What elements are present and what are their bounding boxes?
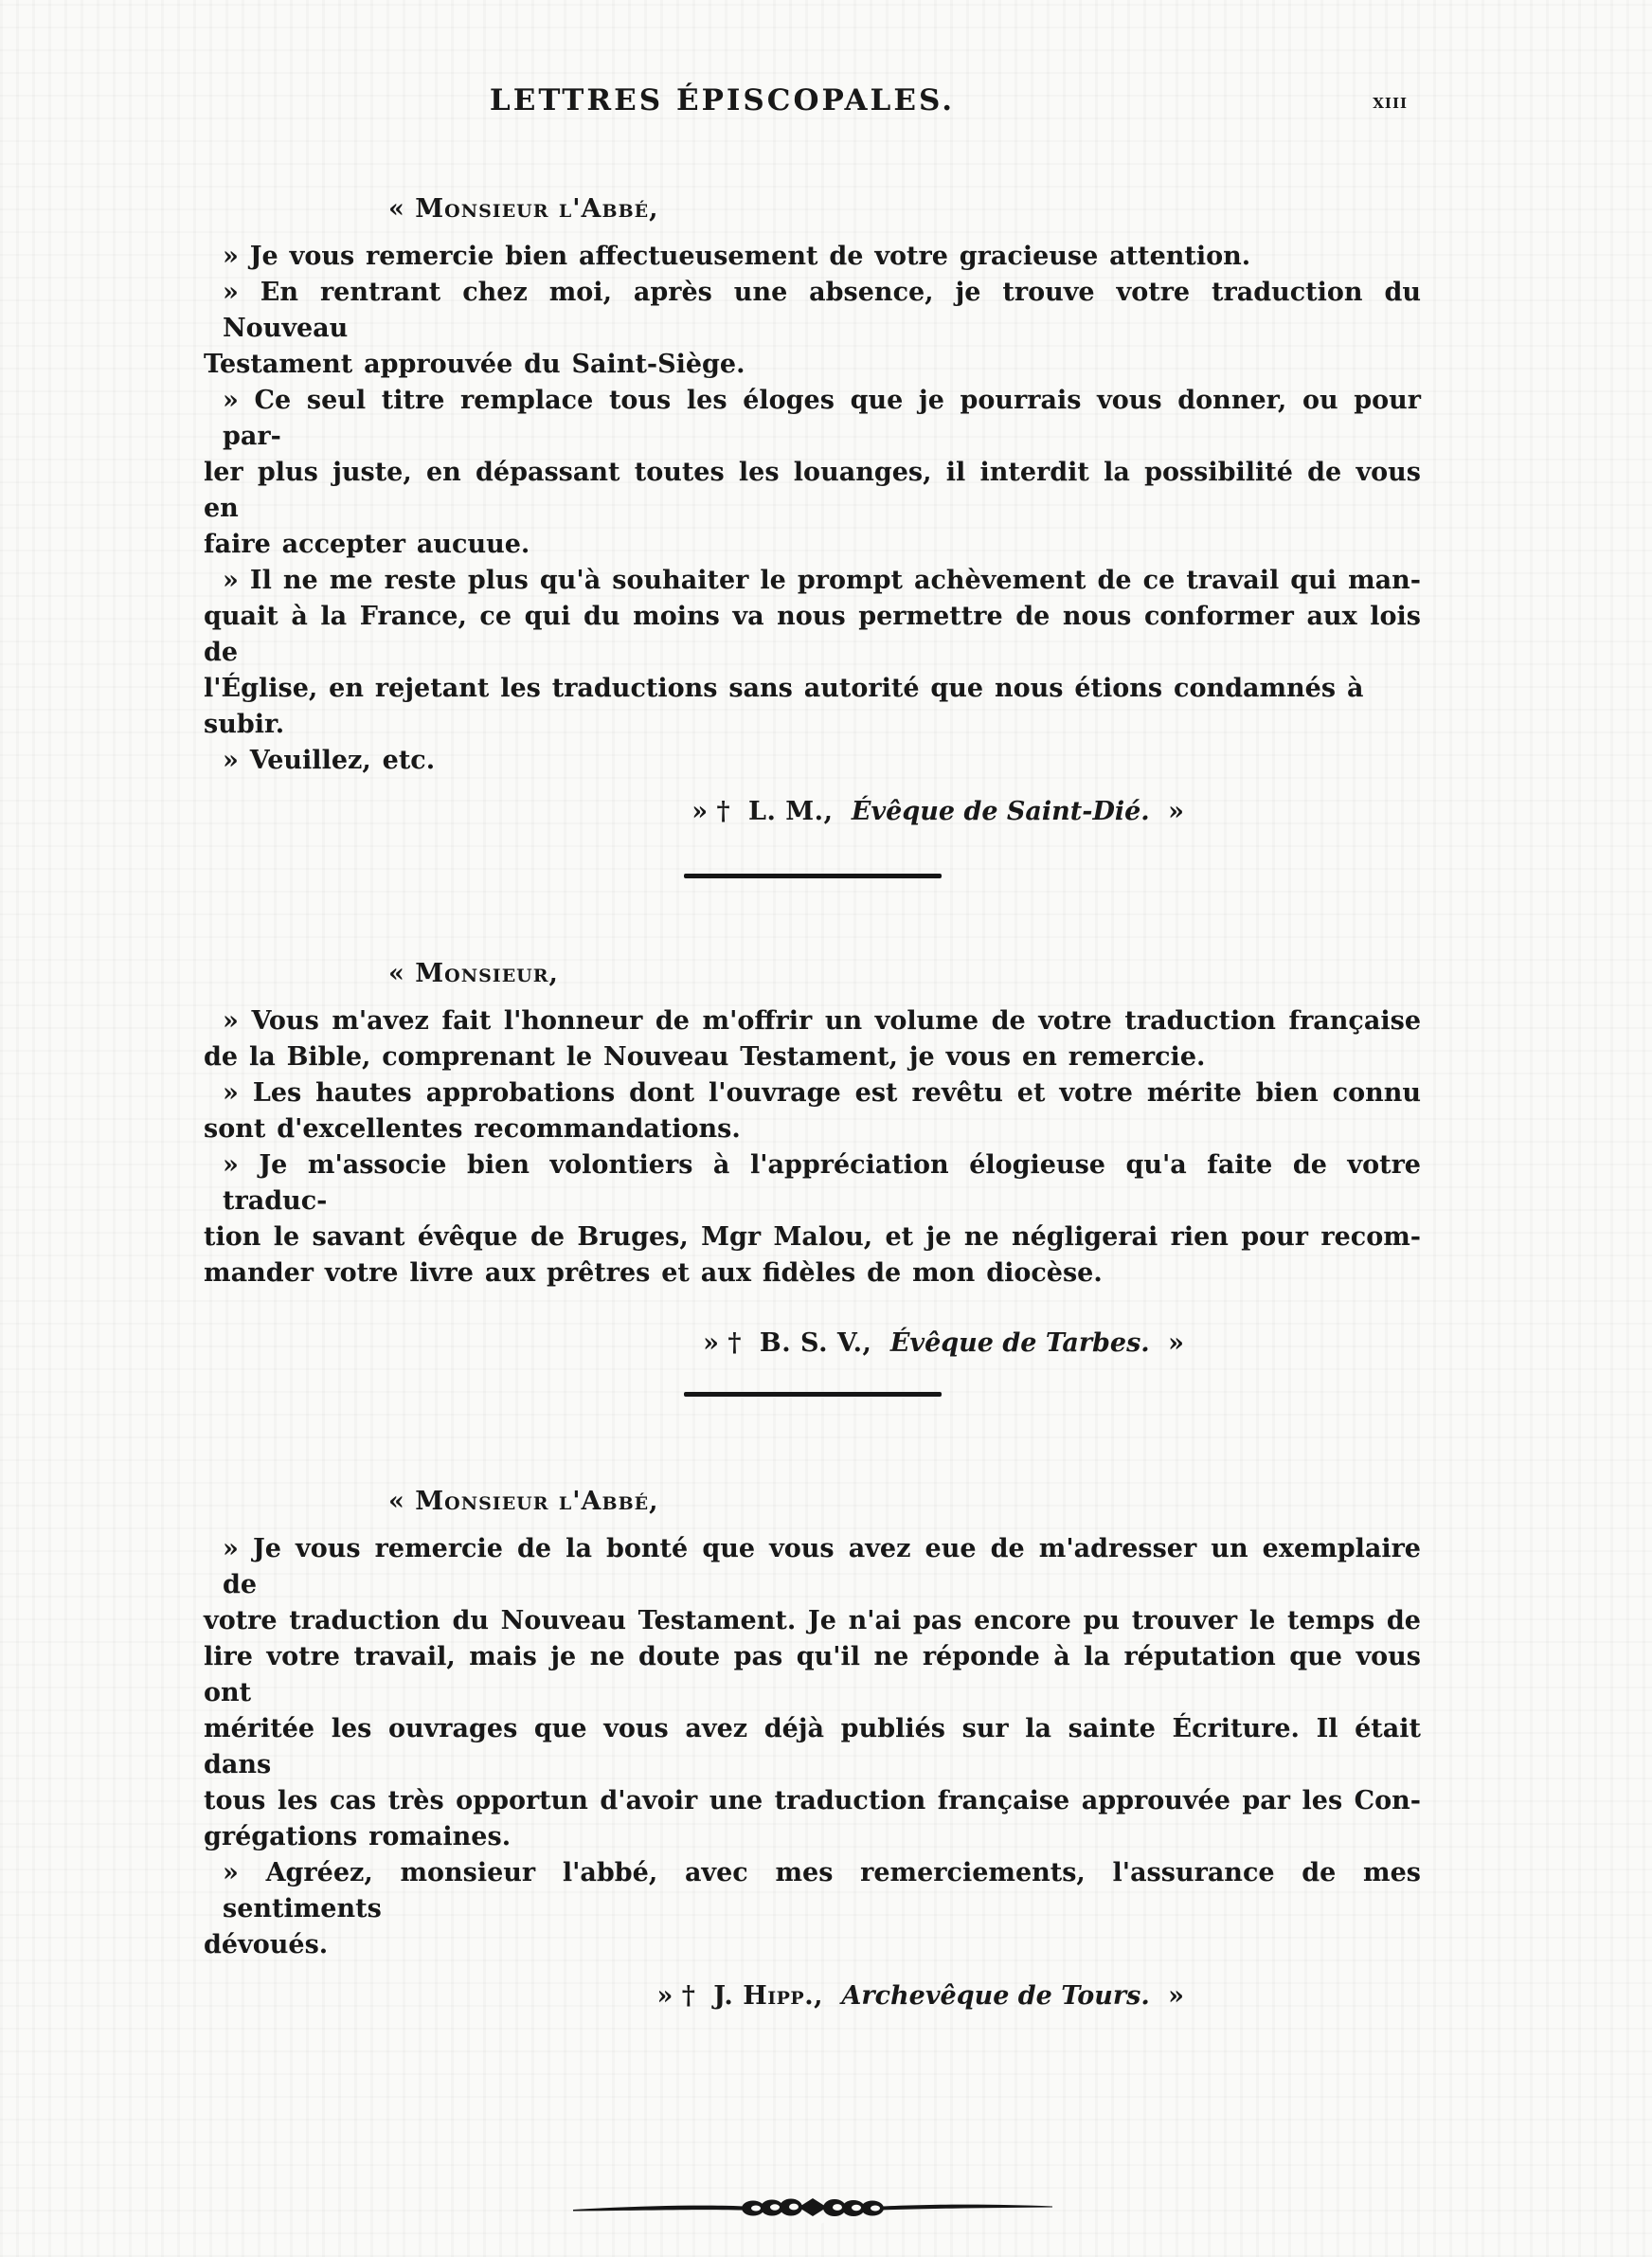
text-line: Testament approuvée du Saint-Siège. (204, 347, 1421, 383)
letter-3-body: » Je vous remercie de la bonté que vous … (204, 1531, 1421, 1963)
section-divider (684, 1392, 942, 1397)
letter-3-signature: » † J. Hipp., Archevêque de Tours. » (204, 1978, 1421, 2014)
signature-role: Archevêque de Tours. (841, 1981, 1149, 2011)
text-line: » Les hautes approbations dont l'ouvrage… (204, 1075, 1421, 1111)
paragraph: » En rentrant chez moi, après une absenc… (204, 275, 1421, 383)
text-line: » Vous m'avez fait l'honneur de m'offrir… (204, 1003, 1421, 1039)
paragraph: » Il ne me reste plus qu'à souhaiter le … (204, 563, 1421, 743)
letter-3-salutation: « Monsieur l'Abbé, (204, 1484, 1421, 1520)
paragraph: » Ce seul titre remplace tous les éloges… (204, 383, 1421, 563)
paragraph: » Je vous remercie bien affectueusement … (204, 239, 1421, 275)
text-line: » Agréez, monsieur l'abbé, avec mes reme… (204, 1855, 1421, 1927)
signature-close-quote: » (1168, 1328, 1184, 1358)
text-line: tion le savant évêque de Bruges, Mgr Mal… (204, 1219, 1421, 1255)
signature-close-quote: » (1168, 797, 1184, 826)
letter-2: « Monsieur, » Vous m'avez fait l'honneur… (204, 956, 1421, 1362)
text-line: » Ce seul titre remplace tous les éloges… (204, 383, 1421, 455)
text-line: grégations romaines. (204, 1819, 1421, 1855)
text-line: faire accepter aucuue. (204, 527, 1421, 563)
letter-2-signature: » † B. S. V., Évêque de Tarbes. » (204, 1326, 1421, 1362)
paragraph: » Je vous remercie de la bonté que vous … (204, 1531, 1421, 1855)
rope-flourish-icon (571, 2190, 1054, 2228)
paragraph: » Veuillez, etc. (204, 743, 1421, 779)
letter-1-salutation: « Monsieur l'Abbé, (204, 191, 1421, 227)
letter-2-body: » Vous m'avez fait l'honneur de m'offrir… (204, 1003, 1421, 1291)
text-line: de la Bible, comprenant le Nouveau Testa… (204, 1039, 1421, 1075)
signature-role: Évêque de Saint-Dié. (852, 797, 1150, 826)
signature-quote-cross: » † (691, 797, 729, 826)
text-line: l'Église, en rejetant les traductions sa… (204, 671, 1421, 743)
paragraph: » Vous m'avez fait l'honneur de m'offrir… (204, 1003, 1421, 1075)
signature-name: B. S. V., (760, 1328, 872, 1358)
paragraph: » Les hautes approbations dont l'ouvrage… (204, 1075, 1421, 1147)
text-line: votre traduction du Nouveau Testament. J… (204, 1603, 1421, 1639)
text-line: » Je vous remercie bien affectueusement … (204, 239, 1421, 275)
letter-2-salutation: « Monsieur, (204, 956, 1421, 992)
page-title: LETTRES ÉPISCOPALES. (490, 83, 955, 117)
running-head: LETTRES ÉPISCOPALES. xiii (204, 83, 1421, 125)
paragraph: » Je m'associe bien volontiers à l'appré… (204, 1147, 1421, 1291)
signature-quote-cross: » † (656, 1981, 694, 2011)
text-line: mander votre livre aux prêtres et aux fi… (204, 1255, 1421, 1291)
signature-close-quote: » (1168, 1981, 1184, 2011)
rope-flourish-divider (204, 2190, 1421, 2231)
text-line: ler plus juste, en dépassant toutes les … (204, 455, 1421, 527)
text-line: dévoués. (204, 1927, 1421, 1963)
signature-role: Évêque de Tarbes. (890, 1328, 1150, 1358)
text-line: » Veuillez, etc. (204, 743, 1421, 779)
text-line: » Il ne me reste plus qu'à souhaiter le … (204, 563, 1421, 599)
text-line: méritée les ouvrages que vous avez déjà … (204, 1711, 1421, 1783)
section-divider (684, 874, 942, 878)
text-line: lire votre travail, mais je ne doute pas… (204, 1639, 1421, 1711)
letter-1-body: » Je vous remercie bien affectueusement … (204, 239, 1421, 779)
signature-quote-cross: » † (703, 1328, 741, 1358)
text-line: quait à la France, ce qui du moins va no… (204, 599, 1421, 671)
text-line: » Je m'associe bien volontiers à l'appré… (204, 1147, 1421, 1219)
letter-3: « Monsieur l'Abbé, » Je vous remercie de… (204, 1484, 1421, 2014)
letter-1-signature: » † L. M., Évêque de Saint-Dié. » (204, 794, 1421, 830)
text-line: » En rentrant chez moi, après une absenc… (204, 275, 1421, 347)
paragraph: » Agréez, monsieur l'abbé, avec mes reme… (204, 1855, 1421, 1963)
letter-1: « Monsieur l'Abbé, » Je vous remercie bi… (204, 191, 1421, 830)
signature-name: L. M., (748, 797, 833, 826)
page-number: xiii (1373, 89, 1408, 114)
text-line: tous les cas très opportun d'avoir une t… (204, 1783, 1421, 1819)
signature-name: J. Hipp., (713, 1981, 823, 2011)
text-line: sont d'excellentes recommandations. (204, 1111, 1421, 1147)
scanned-page: LETTRES ÉPISCOPALES. xiii « Monsieur l'A… (0, 0, 1652, 2257)
text-line: » Je vous remercie de la bonté que vous … (204, 1531, 1421, 1603)
